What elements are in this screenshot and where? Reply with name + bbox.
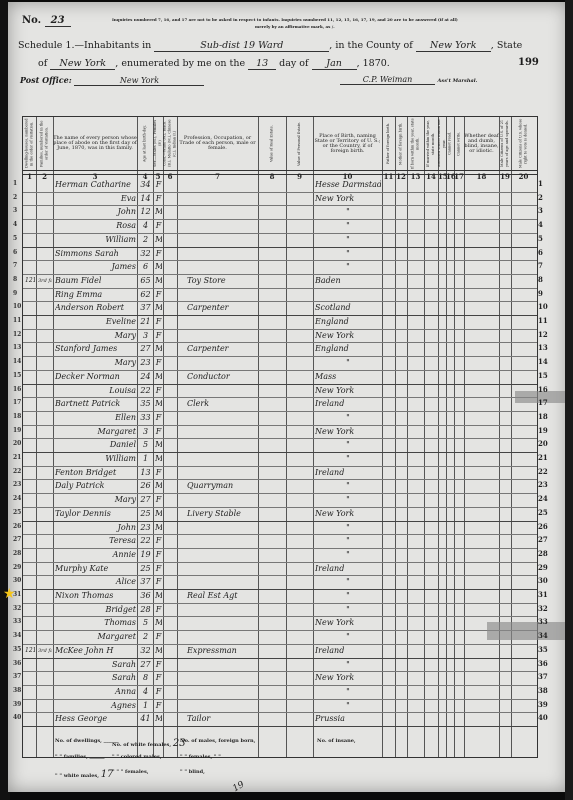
line-number: 38 [538, 686, 548, 695]
person-name: Sarah [55, 659, 140, 671]
left-line-number: 12 [13, 331, 21, 338]
census-table: Dwelling-houses, numbered in the order o… [22, 116, 538, 758]
person-birthplace: " [315, 494, 381, 506]
page-no-value: 23 [45, 15, 71, 27]
column-divider [464, 117, 465, 757]
person-name: Bartnett Patrick [55, 398, 136, 410]
person-name: John [55, 522, 140, 534]
person-age: 22 [139, 535, 152, 547]
column-divider [163, 117, 164, 757]
person-name: Louisa [55, 385, 140, 397]
person-age: 21 [139, 316, 152, 328]
marshal-line: C.P. Weiman Ass't Marshal. [340, 75, 477, 85]
person-birthplace: " [315, 220, 381, 232]
enumerated-label: , enumerated by me on the [115, 58, 245, 69]
person-name: Eva [55, 193, 140, 205]
person-sex: M [155, 617, 162, 629]
column-divider [286, 117, 287, 757]
year-value: , 1870. [357, 58, 390, 69]
person-sex: M [155, 261, 162, 273]
person-sex: F [155, 316, 162, 328]
person-name: Ring Emma [55, 289, 136, 301]
footer-white-females-label: No. of white females, [112, 742, 171, 748]
column-header-20: Male Citizens of U.S. whose right to vot… [511, 117, 536, 170]
line-number: 8 [538, 275, 543, 284]
person-birthplace: New York [315, 426, 381, 438]
person-name: Simmons Sarah [55, 248, 136, 260]
person-age: 14 [139, 193, 152, 205]
marshal-signature: C.P. Weiman [340, 75, 435, 85]
scan-right-border [565, 0, 573, 800]
person-birthplace: " [315, 604, 381, 616]
person-age: 37 [139, 302, 152, 314]
person-age: 27 [139, 494, 152, 506]
column-divider [446, 117, 447, 757]
person-age: 23 [139, 357, 152, 369]
column-header-15: Attended school within the year. [438, 117, 446, 170]
schedule-line: Schedule 1.—Inhabitants in Sub-dist 19 W… [18, 40, 522, 52]
line-number: 2 [538, 193, 543, 202]
person-sex: F [155, 385, 162, 397]
person-name: Anderson Robert [55, 302, 136, 314]
column-divider [258, 117, 259, 757]
person-sex: F [155, 549, 162, 561]
person-age: 28 [139, 604, 152, 616]
column-header-9: Value of Personal Estate. [286, 117, 313, 170]
post-office-label: Post Office: [20, 75, 72, 85]
person-age: 32 [139, 248, 152, 260]
person-occupation: Carpenter [179, 302, 265, 314]
person-occupation: Real Est Agt [179, 590, 265, 602]
column-divider [424, 117, 425, 757]
person-name: Mary [55, 330, 140, 342]
person-birthplace: " [315, 234, 381, 246]
schedule-label: Schedule 1.—Inhabitants in [18, 40, 151, 51]
left-line-number: 40 [13, 714, 21, 721]
line-number: 12 [538, 330, 548, 339]
column-header-6: Color.—White (W.), Black (B.), Mulatto (… [163, 117, 177, 170]
left-line-number: 16 [13, 386, 21, 393]
column-number-15: 15 [438, 172, 446, 182]
line-number: 40 [538, 713, 548, 722]
person-sex: M [155, 206, 162, 218]
person-birthplace: New York [315, 385, 381, 397]
person-age: 13 [139, 467, 152, 479]
column-divider [499, 117, 500, 757]
person-sex: M [155, 343, 162, 355]
person-sex: F [155, 220, 162, 232]
person-occupation: Carpenter [179, 343, 265, 355]
line-number: 35 [538, 645, 548, 654]
person-birthplace: England [315, 343, 381, 355]
line-number: 26 [538, 522, 548, 531]
column-number-19: 19 [499, 172, 511, 182]
person-name: Mary [55, 357, 140, 369]
person-sex: F [155, 576, 162, 588]
footer-white-females: No. of white females, 23 [112, 738, 186, 749]
column-number-2: 2 [36, 172, 53, 182]
person-sex: F [155, 248, 162, 260]
person-sex: F [155, 179, 162, 191]
person-name: John [55, 206, 140, 218]
person-birthplace: " [315, 480, 381, 492]
person-name: Stanford James [55, 343, 136, 355]
person-name: Hess George [55, 713, 136, 725]
footer-white-males: " " white males, 17 [55, 769, 113, 780]
page-no-label: No. [22, 15, 41, 26]
dwelling-number: 1217 [25, 275, 35, 287]
person-birthplace: Baden [315, 275, 381, 287]
column-divider [153, 117, 154, 757]
footer-dwellings-label: No. of dwellings, [55, 738, 102, 744]
person-sex: M [155, 371, 162, 383]
person-age: 12 [139, 206, 152, 218]
day-of-label: day of [279, 58, 308, 69]
line-number: 30 [538, 576, 548, 585]
person-birthplace: " [315, 439, 381, 451]
line-number: 11 [538, 316, 548, 325]
person-age: 2 [139, 631, 152, 643]
person-name: Margaret [55, 631, 140, 643]
left-line-number: 35 [13, 646, 21, 653]
person-name: James [55, 261, 140, 273]
line-number: 9 [538, 289, 543, 298]
person-birthplace: Ireland [315, 563, 381, 575]
person-age: 19 [139, 549, 152, 561]
person-sex: F [155, 412, 162, 424]
column-header-16: Cannot read. [446, 117, 454, 170]
person-name: Alice [55, 576, 140, 588]
person-sex: F [155, 686, 162, 698]
line-number: 5 [538, 234, 543, 243]
person-sex: M [155, 645, 162, 657]
column-divider [511, 117, 512, 757]
left-line-number: 23 [13, 481, 21, 488]
person-name: William [55, 453, 140, 465]
person-sex: F [155, 357, 162, 369]
day-value: 13 [248, 58, 276, 70]
column-header-8: Value of Real Estate. [258, 117, 286, 170]
person-sex: M [155, 439, 162, 451]
person-birthplace: " [315, 535, 381, 547]
person-sex: F [155, 604, 162, 616]
state-value: New York [50, 58, 115, 70]
person-age: 25 [139, 508, 152, 520]
left-line-number: 3 [13, 207, 17, 214]
column-divider [438, 117, 439, 757]
person-birthplace: New York [315, 508, 381, 520]
line-number: 25 [538, 508, 548, 517]
column-divider [454, 117, 455, 757]
left-line-number: 30 [13, 577, 21, 584]
column-divider [53, 117, 54, 757]
left-line-number: 22 [13, 468, 21, 475]
column-number-17: 17 [454, 172, 464, 182]
left-line-number: 34 [13, 632, 21, 639]
person-sex: F [155, 659, 162, 671]
person-name: Rosa [55, 220, 140, 232]
left-line-number: 7 [13, 262, 17, 269]
line-number: 4 [538, 220, 543, 229]
left-line-number: 24 [13, 495, 21, 502]
person-age: 3 [139, 426, 152, 438]
left-line-number: 19 [13, 427, 21, 434]
place-value: Sub-dist 19 Ward [154, 40, 329, 52]
county-value: New York [416, 40, 491, 52]
star-marker-icon[interactable]: ★ [3, 588, 16, 600]
person-age: 5 [139, 439, 152, 451]
column-number-6: 6 [163, 172, 177, 182]
column-number-18: 18 [464, 172, 499, 182]
person-sex: F [155, 426, 162, 438]
person-occupation: Tailor [179, 713, 265, 725]
family-number: 3rd fam [38, 645, 52, 657]
person-birthplace: " [315, 357, 381, 369]
person-sex: M [155, 713, 162, 725]
left-line-number: 11 [13, 317, 21, 324]
column-header-7: Profession, Occupation, or Trade of each… [177, 117, 258, 170]
person-name: Eveline [55, 316, 140, 328]
column-number-20: 20 [511, 172, 536, 182]
person-sex: M [155, 590, 162, 602]
person-name: McKee John H [55, 645, 136, 657]
person-birthplace: New York [315, 330, 381, 342]
left-line-number: 33 [13, 618, 21, 625]
person-sex: F [155, 535, 162, 547]
person-sex: M [155, 453, 162, 465]
line-number: 20 [538, 439, 548, 448]
marshal-label: Ass't Marshal. [438, 78, 478, 84]
column-header-19: Male Citizens of U.S. of 21 years of age… [499, 117, 511, 170]
column-header-11: Father of foreign birth. [382, 117, 395, 170]
left-line-number: 15 [13, 372, 21, 379]
person-age: 35 [139, 398, 152, 410]
left-line-number: 9 [13, 290, 17, 297]
person-name: Teresa [55, 535, 140, 547]
column-number-16: 16 [446, 172, 454, 182]
person-name: Fenton Bridget [55, 467, 136, 479]
person-birthplace: Ireland [315, 398, 381, 410]
left-line-number: 21 [13, 454, 21, 461]
left-line-number: 27 [13, 536, 21, 543]
person-age: 4 [139, 220, 152, 232]
person-birthplace: Ireland [315, 645, 381, 657]
left-line-number: 8 [13, 276, 17, 283]
person-sex: M [155, 522, 162, 534]
line-number: 33 [538, 617, 548, 626]
person-name: Anna [55, 686, 140, 698]
left-line-number: 18 [13, 413, 21, 420]
person-birthplace: " [315, 700, 381, 712]
person-age: 24 [139, 371, 152, 383]
person-occupation: Clerk [179, 398, 265, 410]
left-line-number: 1 [13, 180, 17, 187]
person-birthplace: New York [315, 617, 381, 629]
instruction-line-1: Inquiries numbered 7, 16, and 17 are not… [112, 17, 458, 22]
column-header-17: Cannot write. [454, 117, 464, 170]
sheet-number: 199 [518, 57, 539, 68]
row-divider [23, 726, 537, 727]
person-age: 25 [139, 563, 152, 575]
person-sex: F [155, 631, 162, 643]
left-line-number: 10 [13, 303, 21, 310]
column-header-10: Place of Birth, naming State or Territor… [313, 117, 382, 170]
column-number-11: 11 [382, 172, 395, 182]
footer-foreign-males: No. of males, foreign born, [180, 738, 255, 744]
state-label: , State [491, 40, 522, 51]
person-occupation: Livery Stable [179, 508, 265, 520]
person-sex: F [155, 563, 162, 575]
left-line-number: 28 [13, 550, 21, 557]
left-line-number: 39 [13, 701, 21, 708]
line-number: 27 [538, 535, 548, 544]
left-line-number: 14 [13, 358, 21, 365]
person-occupation: Quarryman [179, 480, 265, 492]
county-label: , in the County of [329, 40, 412, 51]
column-header-13: If born within the year, state month. [407, 117, 424, 170]
person-sex: M [155, 508, 162, 520]
month-value: Jan [312, 58, 357, 70]
person-age: 22 [139, 385, 152, 397]
column-number-7: 7 [177, 172, 258, 182]
line-number: 6 [538, 248, 543, 257]
footer-families-label: " " families, [55, 754, 88, 760]
left-line-number: 38 [13, 687, 21, 694]
left-line-number: 17 [13, 399, 21, 406]
column-header-2: Families, numbered in the order of visit… [36, 117, 53, 170]
person-name: Margaret [55, 426, 140, 438]
person-name: Annie [55, 549, 140, 561]
person-age: 6 [139, 261, 152, 273]
person-sex: M [155, 398, 162, 410]
column-header-18: Whether deaf and dumb, blind, insane, or… [464, 117, 499, 170]
left-line-number: 4 [13, 221, 17, 228]
footer-families: " " families, ______ [55, 754, 105, 760]
line-number: 31 [538, 590, 548, 599]
person-birthplace: Scotland [315, 302, 381, 314]
column-header-1: Dwelling-houses, numbered in the order o… [23, 117, 36, 170]
person-age: 2 [139, 234, 152, 246]
person-sex: M [155, 480, 162, 492]
line-number: 37 [538, 672, 548, 681]
person-age: 37 [139, 576, 152, 588]
person-name: Mary [55, 494, 140, 506]
person-name: Baum Fidel [55, 275, 136, 287]
person-occupation: Expressman [179, 645, 265, 657]
column-header-5: Sex.—Males (M.), Females (F.) [153, 117, 163, 170]
person-age: 8 [139, 672, 152, 684]
person-name: Sarah [55, 672, 140, 684]
line-number: 1 [538, 179, 543, 188]
column-number-13: 13 [407, 172, 424, 182]
left-line-number: 26 [13, 523, 21, 530]
person-birthplace: " [315, 576, 381, 588]
person-birthplace: " [315, 206, 381, 218]
post-office-value: New York [74, 76, 204, 86]
person-sex: F [155, 289, 162, 301]
person-name: Herman Catharine [55, 179, 136, 191]
left-line-number: 5 [13, 235, 17, 242]
person-name: Ellen [55, 412, 140, 424]
line-number: 22 [538, 467, 548, 476]
person-age: 1 [139, 700, 152, 712]
person-birthplace: New York [315, 672, 381, 684]
person-age: 27 [139, 343, 152, 355]
person-birthplace: " [315, 590, 381, 602]
person-name: Daniel [55, 439, 140, 451]
person-sex: F [155, 700, 162, 712]
left-line-number: 29 [13, 564, 21, 571]
person-age: 65 [139, 275, 152, 287]
instruction-line-2: merely by an affirmative mark, as /. [255, 24, 335, 29]
person-birthplace: Ireland [315, 467, 381, 479]
column-header-12: Mother of foreign birth. [395, 117, 407, 170]
line-number: 14 [538, 357, 548, 366]
column-number-8: 8 [258, 172, 286, 182]
left-line-number: 25 [13, 509, 21, 516]
person-birthplace: Hesse Darmstadt [315, 179, 381, 191]
person-occupation: Toy Store [179, 275, 265, 287]
left-line-number: 13 [13, 344, 21, 351]
person-name: Murphy Kate [55, 563, 136, 575]
line-number: 23 [538, 480, 548, 489]
person-birthplace: " [315, 522, 381, 534]
person-age: 36 [139, 590, 152, 602]
column-header-4: Age at last birth-day. [137, 117, 153, 170]
person-name: Bridget [55, 604, 140, 616]
footer-dwellings: No. of dwellings, ______ [55, 738, 119, 744]
column-header-14: If married within the year, state month. [424, 117, 438, 170]
line-number: 16 [538, 385, 548, 394]
line-number: 28 [538, 549, 548, 558]
footer-foreign-females: " " females, " " [180, 754, 221, 760]
person-birthplace: " [315, 549, 381, 561]
family-number: 3rd fam [38, 275, 52, 287]
person-sex: F [155, 467, 162, 479]
line-number: 29 [538, 563, 548, 572]
person-sex: M [155, 302, 162, 314]
footer-insane: No. of insane, [317, 738, 356, 744]
person-birthplace: " [315, 686, 381, 698]
line-number: 3 [538, 206, 543, 215]
footer-colored-males: " " colored males, [112, 754, 162, 760]
person-sex: F [155, 330, 162, 342]
person-birthplace: Prussia [315, 713, 381, 725]
person-name: Agnes [55, 700, 140, 712]
person-sex: M [155, 275, 162, 287]
person-name: Taylor Dennis [55, 508, 136, 520]
line-number: 34 [538, 631, 548, 640]
line-number: 36 [538, 659, 548, 668]
person-age: 3 [139, 330, 152, 342]
of-label: of [38, 58, 47, 69]
person-birthplace: England [315, 316, 381, 328]
left-line-number: 20 [13, 440, 21, 447]
left-line-number: 36 [13, 660, 21, 667]
post-office-line: Post Office: New York [20, 75, 204, 86]
person-sex: F [155, 672, 162, 684]
column-number-1: 1 [23, 172, 36, 182]
column-number-12: 12 [395, 172, 407, 182]
line-number: 17 [538, 398, 548, 407]
column-number-9: 9 [286, 172, 313, 182]
person-age: 1 [139, 453, 152, 465]
person-birthplace: " [315, 631, 381, 643]
column-divider [36, 117, 37, 757]
person-age: 41 [139, 713, 152, 725]
left-line-number: 6 [13, 249, 17, 256]
column-header-3: The name of every person whose place of … [53, 117, 137, 170]
